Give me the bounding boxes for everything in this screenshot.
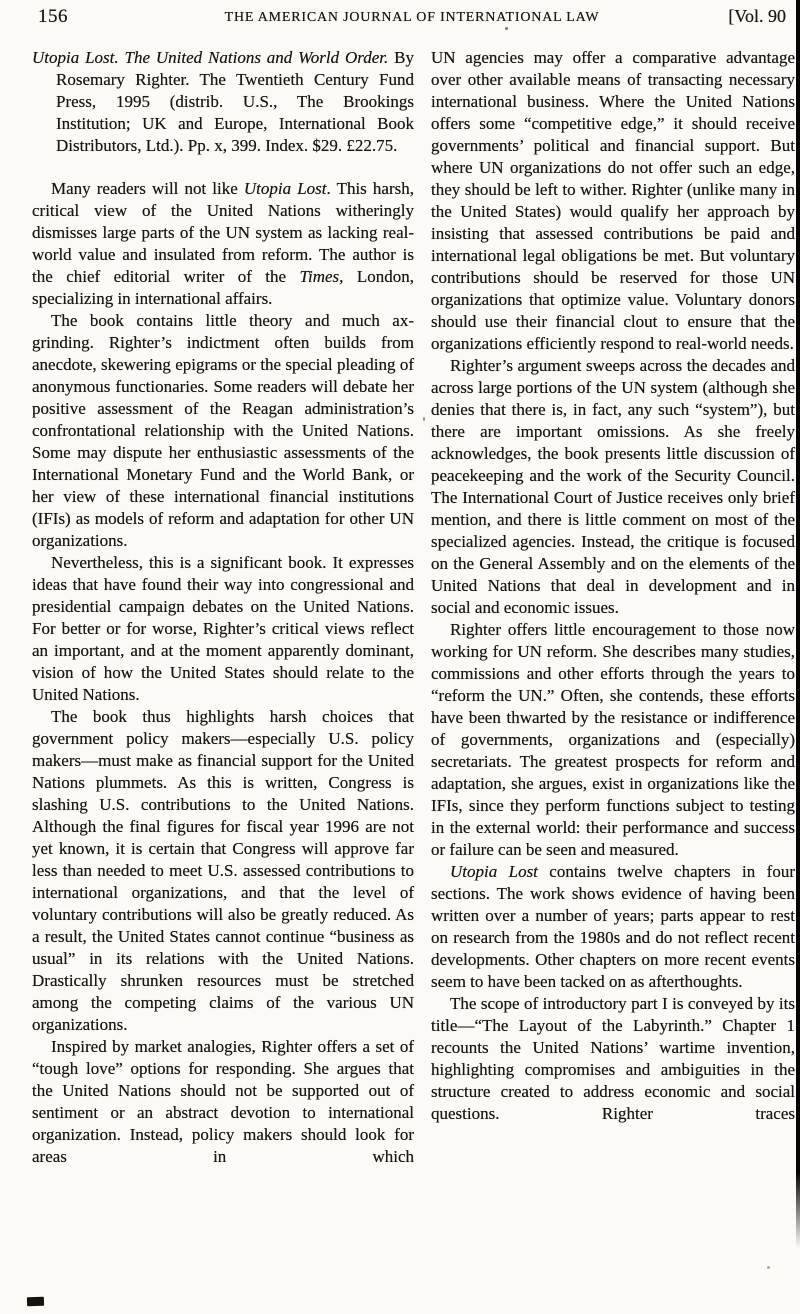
scan-speck — [767, 1266, 770, 1269]
text-run: The book thus highlights harsh choices t… — [32, 707, 414, 1034]
text-run: Righter offers little encouragement to t… — [431, 620, 795, 859]
journal-page: 156 THE AMERICAN JOURNAL OF INTERNATIONA… — [0, 0, 800, 1314]
text-run: Many readers will not like — [51, 179, 244, 198]
scan-speck — [423, 417, 425, 421]
scan-artifact-right-edge — [796, 0, 800, 1248]
scan-artifact-bottom-left — [27, 1297, 44, 1307]
paragraph: Righter offers little encouragement to t… — [431, 619, 795, 861]
text-run: UN agencies may offer a comparative adva… — [431, 48, 795, 353]
paragraph: Many readers will not like Utopia Lost. … — [32, 178, 414, 310]
paragraph: Inspired by market analogies, Righter of… — [32, 1036, 414, 1168]
text-run: contains twelve chapters in four section… — [431, 862, 795, 991]
text-run: The book contains little theory and much… — [32, 311, 414, 550]
paragraph: Nevertheless, this is a significant book… — [32, 552, 414, 706]
text-run: The scope of introductory part I is conv… — [431, 994, 795, 1123]
italic-text-run: Utopia Lost. The United Nations and Worl… — [32, 48, 388, 67]
paragraph: Righter’s argument sweeps across the dec… — [431, 355, 795, 619]
page-header: 156 THE AMERICAN JOURNAL OF INTERNATIONA… — [38, 6, 786, 34]
scan-speck — [505, 27, 508, 30]
journal-title: THE AMERICAN JOURNAL OF INTERNATIONAL LA… — [38, 10, 786, 26]
paragraph: Utopia Lost contains twelve chapters in … — [431, 861, 795, 993]
paragraph: The scope of introductory part I is conv… — [431, 993, 795, 1125]
text-run: Inspired by market analogies, Righter of… — [32, 1037, 414, 1166]
volume-label: [Vol. 90 — [728, 6, 786, 27]
paragraph: UN agencies may offer a comparative adva… — [431, 47, 795, 355]
paragraph: The book contains little theory and much… — [32, 310, 414, 552]
paragraph: Utopia Lost. The United Nations and Worl… — [32, 47, 414, 157]
right-column: UN agencies may offer a comparative adva… — [431, 47, 795, 1168]
text-run: Nevertheless, this is a significant book… — [32, 553, 414, 704]
italic-text-run: Utopia Lost — [244, 179, 327, 198]
paragraph: The book thus highlights harsh choices t… — [32, 706, 414, 1036]
article-body: Utopia Lost. The United Nations and Worl… — [32, 47, 795, 1168]
italic-text-run: Times — [299, 267, 339, 286]
text-run: Righter’s argument sweeps across the dec… — [431, 356, 795, 617]
italic-text-run: Utopia Lost — [450, 862, 538, 881]
left-column: Utopia Lost. The United Nations and Worl… — [32, 47, 414, 1168]
